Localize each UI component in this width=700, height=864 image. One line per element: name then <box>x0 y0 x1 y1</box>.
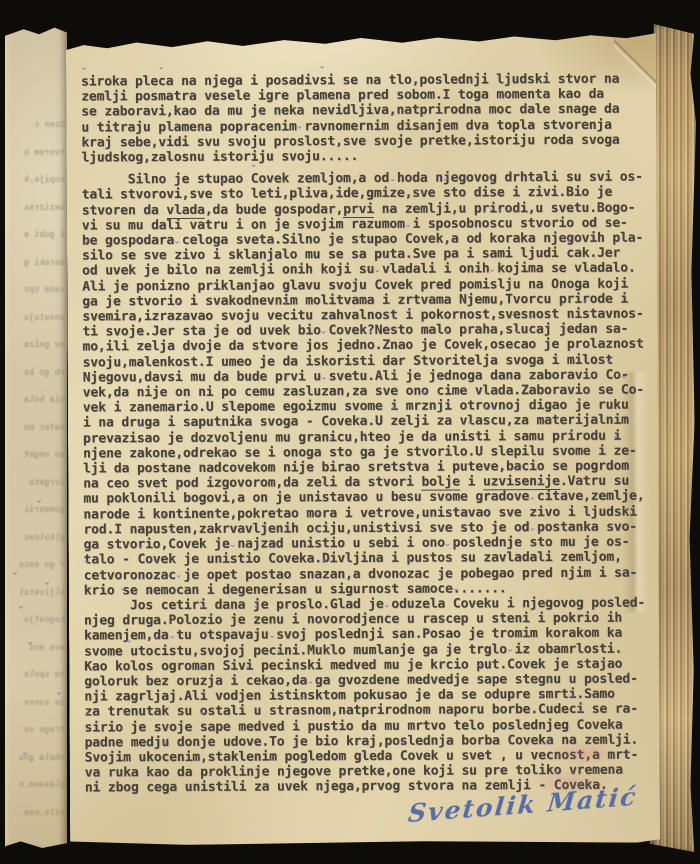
bleed-text: ha spolo <box>7 662 65 690</box>
bleed-text: tvorom n <box>7 140 65 168</box>
bleed-text: vite,naa <box>7 800 65 823</box>
scanned-book-photo: Uzen ctvorom nkopije,kbezizrasi gubi emu… <box>0 0 700 864</box>
bleed-text: Uzen c <box>7 112 65 140</box>
ink-speck: ˇ <box>36 500 42 512</box>
bleed-text: muraki g <box>7 250 65 278</box>
document-page: siroka pleca na njega i posadivsi se na … <box>66 32 660 845</box>
bleed-text: glasana,n <box>7 772 65 800</box>
bleed-text: obala gnu <box>7 745 65 773</box>
bleed-text: ov geiza <box>7 332 65 360</box>
ink-speck: ˇ <box>126 640 132 652</box>
bleed-text: trago su <box>7 717 65 745</box>
text-line: cetvoronozac je opet postao snazan,a dvo… <box>84 565 655 583</box>
bleed-text: glkolnas <box>7 525 65 553</box>
previous-page-edge: Uzen ctvorom nkopije,kbezizrasi gubi emu… <box>5 26 67 848</box>
ink-speck: ˇ <box>12 572 18 584</box>
ink-speck: ˇ <box>44 582 50 594</box>
bleed-text: bezizras <box>7 195 65 223</box>
ink-speck: ˇ <box>56 692 62 704</box>
bleed-text: ivrgetu <box>7 470 65 498</box>
ink-speck: ˇ <box>62 617 68 629</box>
text-block: siroka pleca na njega i posadivsi se na … <box>81 71 656 796</box>
bleed-text: oatec mn <box>7 415 65 443</box>
bleed-text: xana ops <box>7 277 65 305</box>
bleed-column: Uzen ctvorom nkopije,kbezizrasi gubi emu… <box>7 112 65 822</box>
ink-speck: ˇ <box>22 752 28 764</box>
bleed-text: posutuju <box>7 305 65 333</box>
bleed-text: avn eos <box>7 635 65 663</box>
ink-speck: ˇ <box>120 588 126 600</box>
bleed-text: lognatju <box>7 607 65 635</box>
bleed-text: au veget <box>7 442 65 470</box>
bleed-text: kopije,k <box>7 167 65 195</box>
bleed-text: vb go ko <box>7 360 65 388</box>
text-line: kraj sebe,vidi svu svoju proslost,sve sv… <box>81 132 652 150</box>
bleed-text: nia hola <box>7 387 65 415</box>
bleed-text: i gubi e <box>7 222 65 250</box>
ink-speck: ˇ <box>27 642 33 654</box>
ink-speck: ˇ <box>18 606 24 618</box>
